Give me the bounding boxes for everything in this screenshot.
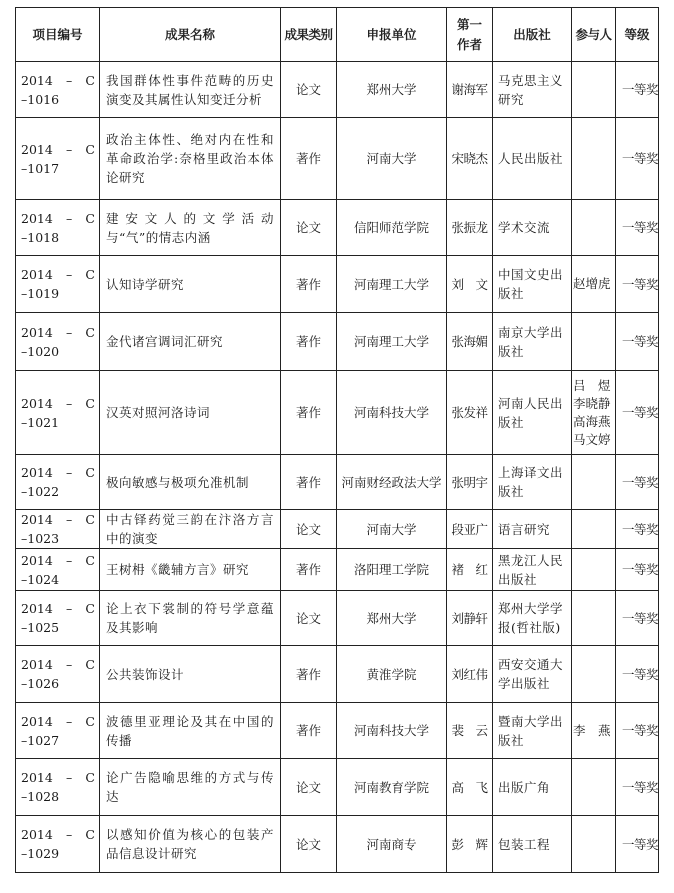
header-title: 成果名称 (100, 8, 281, 62)
table-row: 2014–C–1017政治主体性、绝对内在性和革命政治学:奈格里政治本体论研究著… (16, 118, 659, 200)
cell-participants (572, 510, 616, 549)
cell-first-author: 高 飞 (447, 759, 493, 816)
cell-unit: 信阳师范学院 (337, 200, 447, 256)
cell-unit: 河南商专 (337, 816, 447, 873)
cell-participants (572, 313, 616, 371)
cell-publisher: 黑龙江人民出版社 (493, 549, 572, 591)
header-category: 成果类别 (281, 8, 337, 62)
cell-unit: 郑州大学 (337, 62, 447, 118)
cell-participants (572, 816, 616, 873)
cell-level: 一等奖 (616, 591, 659, 646)
cell-level: 一等奖 (616, 510, 659, 549)
cell-first-author: 张振龙 (447, 200, 493, 256)
cell-level: 一等奖 (616, 313, 659, 371)
table-row: 2014–C–1019认知诗学研究著作河南理工大学刘 文中国文史出版社赵增虎一等… (16, 256, 659, 313)
cell-participants (572, 759, 616, 816)
cell-participants (572, 200, 616, 256)
header-unit: 申报单位 (337, 8, 447, 62)
cell-level: 一等奖 (616, 256, 659, 313)
cell-category: 著作 (281, 703, 337, 759)
table-row: 2014–C–1025论上衣下裳制的符号学意蕴及其影响论文郑州大学刘静轩郑州大学… (16, 591, 659, 646)
cell-publisher: 学术交流 (493, 200, 572, 256)
cell-first-author: 张发祥 (447, 371, 493, 455)
cell-category: 论文 (281, 816, 337, 873)
table-row: 2014–C–1020金代诸宫调词汇研究著作河南理工大学张海媚南京大学出版社一等… (16, 313, 659, 371)
cell-first-author: 刘静轩 (447, 591, 493, 646)
cell-level: 一等奖 (616, 703, 659, 759)
cell-unit: 河南教育学院 (337, 759, 447, 816)
cell-level: 一等奖 (616, 549, 659, 591)
cell-participants: 吕 煜 李晓静 高海燕 马文婷 (572, 371, 616, 455)
cell-level: 一等奖 (616, 62, 659, 118)
cell-participants (572, 549, 616, 591)
cell-title: 政治主体性、绝对内在性和革命政治学:奈格里政治本体论研究 (100, 118, 281, 200)
cell-category: 论文 (281, 200, 337, 256)
cell-first-author: 张海媚 (447, 313, 493, 371)
cell-title: 中古铎药觉三韵在汴洛方言中的演变 (100, 510, 281, 549)
cell-project-id: 2014–C–1016 (16, 62, 100, 118)
cell-title: 波德里亚理论及其在中国的传播 (100, 703, 281, 759)
cell-first-author: 褚 红 (447, 549, 493, 591)
cell-title: 公共装饰设计 (100, 646, 281, 703)
cell-project-id: 2014–C–1029 (16, 816, 100, 873)
cell-unit: 洛阳理工学院 (337, 549, 447, 591)
cell-category: 著作 (281, 549, 337, 591)
cell-level: 一等奖 (616, 371, 659, 455)
cell-project-id: 2014–C–1025 (16, 591, 100, 646)
cell-participants (572, 62, 616, 118)
table-row: 2014–C–1026公共装饰设计著作黄淮学院刘红伟西安交通大学出版社一等奖 (16, 646, 659, 703)
cell-publisher: 南京大学出版社 (493, 313, 572, 371)
cell-category: 论文 (281, 591, 337, 646)
table-row: 2014–C–1021汉英对照河洛诗词著作河南科技大学张发祥河南人民出版社吕 煜… (16, 371, 659, 455)
cell-level: 一等奖 (616, 816, 659, 873)
header-first-author: 第一 作者 (447, 8, 493, 62)
table-header-row: 项目编号 成果名称 成果类别 申报单位 第一 作者 出版社 参与人 等级 (16, 8, 659, 62)
table-row: 2014–C–1018建安文人的文学活动与“气”的情志内涵论文信阳师范学院张振龙… (16, 200, 659, 256)
cell-publisher: 郑州大学学报(哲社版) (493, 591, 572, 646)
cell-project-id: 2014–C–1020 (16, 313, 100, 371)
header-project-id: 项目编号 (16, 8, 100, 62)
table-row: 2014–C–1024王树枏《畿辅方言》研究著作洛阳理工学院褚 红黑龙江人民出版… (16, 549, 659, 591)
cell-category: 著作 (281, 256, 337, 313)
cell-first-author: 彭 辉 (447, 816, 493, 873)
cell-level: 一等奖 (616, 646, 659, 703)
cell-first-author: 张明宇 (447, 455, 493, 510)
cell-category: 论文 (281, 510, 337, 549)
cell-publisher: 河南人民出版社 (493, 371, 572, 455)
cell-level: 一等奖 (616, 118, 659, 200)
cell-unit: 河南理工大学 (337, 256, 447, 313)
cell-unit: 河南科技大学 (337, 703, 447, 759)
cell-project-id: 2014–C–1019 (16, 256, 100, 313)
cell-title: 我国群体性事件范畴的历史演变及其属性认知变迁分析 (100, 62, 281, 118)
cell-level: 一等奖 (616, 455, 659, 510)
cell-first-author: 段亚广 (447, 510, 493, 549)
cell-publisher: 上海译文出版社 (493, 455, 572, 510)
cell-publisher: 马克思主义研究 (493, 62, 572, 118)
cell-unit: 河南大学 (337, 510, 447, 549)
cell-participants (572, 118, 616, 200)
cell-project-id: 2014–C–1027 (16, 703, 100, 759)
cell-participants (572, 455, 616, 510)
cell-title: 金代诸宫调词汇研究 (100, 313, 281, 371)
cell-unit: 河南大学 (337, 118, 447, 200)
cell-participants: 赵增虎 (572, 256, 616, 313)
cell-publisher: 语言研究 (493, 510, 572, 549)
table-row: 2014–C–1022极向敏感与极项允准机制著作河南财经政法大学张明宇上海译文出… (16, 455, 659, 510)
cell-level: 一等奖 (616, 200, 659, 256)
cell-project-id: 2014–C–1026 (16, 646, 100, 703)
cell-title: 论广告隐喻思维的方式与传达 (100, 759, 281, 816)
cell-project-id: 2014–C–1024 (16, 549, 100, 591)
cell-category: 著作 (281, 118, 337, 200)
cell-title: 极向敏感与极项允准机制 (100, 455, 281, 510)
cell-level: 一等奖 (616, 759, 659, 816)
cell-project-id: 2014–C–1022 (16, 455, 100, 510)
cell-title: 汉英对照河洛诗词 (100, 371, 281, 455)
cell-publisher: 暨南大学出版社 (493, 703, 572, 759)
cell-title: 建安文人的文学活动与“气”的情志内涵 (100, 200, 281, 256)
table-row: 2014–C–1028论广告隐喻思维的方式与传达论文河南教育学院高 飞出版广角一… (16, 759, 659, 816)
cell-title: 以感知价值为核心的包装产品信息设计研究 (100, 816, 281, 873)
cell-project-id: 2014–C–1017 (16, 118, 100, 200)
cell-unit: 河南科技大学 (337, 371, 447, 455)
cell-first-author: 裴 云 (447, 703, 493, 759)
table-row: 2014–C–1029以感知价值为核心的包装产品信息设计研究论文河南商专彭 辉包… (16, 816, 659, 873)
cell-project-id: 2014–C–1023 (16, 510, 100, 549)
cell-unit: 河南理工大学 (337, 313, 447, 371)
header-participants: 参与人 (572, 8, 616, 62)
cell-category: 著作 (281, 646, 337, 703)
cell-unit: 郑州大学 (337, 591, 447, 646)
cell-title: 认知诗学研究 (100, 256, 281, 313)
header-publisher: 出版社 (493, 8, 572, 62)
cell-category: 著作 (281, 455, 337, 510)
cell-category: 著作 (281, 371, 337, 455)
cell-first-author: 刘 文 (447, 256, 493, 313)
cell-publisher: 包装工程 (493, 816, 572, 873)
awards-table: 项目编号 成果名称 成果类别 申报单位 第一 作者 出版社 参与人 等级 201… (15, 7, 659, 873)
cell-first-author: 刘红伟 (447, 646, 493, 703)
cell-title: 王树枏《畿辅方言》研究 (100, 549, 281, 591)
cell-project-id: 2014–C–1028 (16, 759, 100, 816)
cell-first-author: 谢海军 (447, 62, 493, 118)
cell-publisher: 中国文史出版社 (493, 256, 572, 313)
cell-project-id: 2014–C–1018 (16, 200, 100, 256)
cell-participants (572, 646, 616, 703)
cell-publisher: 出版广角 (493, 759, 572, 816)
table-row: 2014–C–1016我国群体性事件范畴的历史演变及其属性认知变迁分析论文郑州大… (16, 62, 659, 118)
cell-project-id: 2014–C–1021 (16, 371, 100, 455)
cell-participants (572, 591, 616, 646)
header-level: 等级 (616, 8, 659, 62)
cell-unit: 黄淮学院 (337, 646, 447, 703)
table-row: 2014–C–1023中古铎药觉三韵在汴洛方言中的演变论文河南大学段亚广语言研究… (16, 510, 659, 549)
cell-unit: 河南财经政法大学 (337, 455, 447, 510)
cell-publisher: 西安交通大学出版社 (493, 646, 572, 703)
cell-category: 论文 (281, 62, 337, 118)
cell-category: 著作 (281, 313, 337, 371)
table-row: 2014–C–1027波德里亚理论及其在中国的传播著作河南科技大学裴 云暨南大学… (16, 703, 659, 759)
cell-category: 论文 (281, 759, 337, 816)
cell-title: 论上衣下裳制的符号学意蕴及其影响 (100, 591, 281, 646)
cell-first-author: 宋晓杰 (447, 118, 493, 200)
cell-participants: 李 燕 (572, 703, 616, 759)
cell-publisher: 人民出版社 (493, 118, 572, 200)
